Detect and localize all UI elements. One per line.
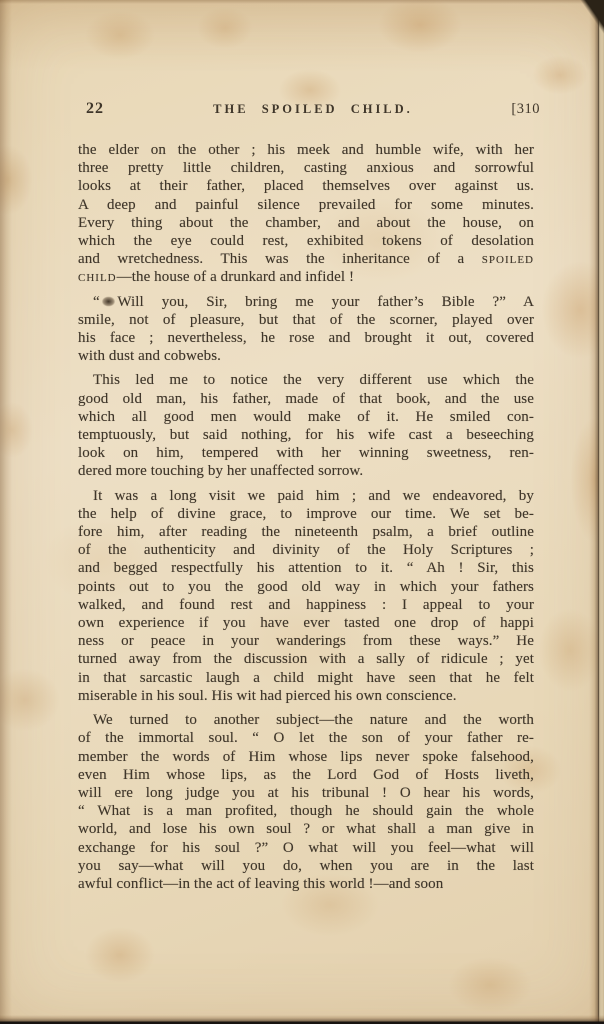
book-page-scan: 22 THE SPOILED CHILD. [310 the elder on … [0,0,604,1024]
text-line: “ Will you, Sir, bring me your father’s … [78,293,534,311]
ink-blot-stain [100,295,117,308]
text-line: Every thing about the chamber, and about… [78,214,534,232]
text-line: exchange for his soul ?” O what will you… [78,839,534,857]
top-right-corner-shadow [576,0,604,38]
text-line: miserable in his soul. His wit had pierc… [78,687,534,705]
text-line: This led me to notice the very different… [78,371,534,389]
text-line: temptuously, but said nothing, for his w… [78,426,534,444]
top-page-edge-shadow [0,0,604,4]
paragraph: the elder on the other ; his meek and hu… [78,141,534,287]
small-caps-text: child [78,269,117,285]
text-line: It was a long visit we paid him ; and we… [78,487,534,505]
text-line: world, and lose his own soul ? or what s… [78,820,534,838]
folio-number: [310 [511,101,540,118]
text-line: which all good men would make of it. He … [78,408,534,426]
text-line: you say—what will you do, when you are i… [78,857,534,875]
running-title: THE SPOILED CHILD. [86,102,540,117]
text-line: with dust and cobwebs. [78,347,534,365]
text-line: own experience if you have ever tasted o… [78,614,534,632]
text-line: fore him, after reading the nineteenth p… [78,523,534,541]
text-line: walked, and found rest and happiness : I… [78,596,534,614]
text-line: the help of divine grace, to improve our… [78,505,534,523]
text-line: good old man, his father, made of that b… [78,390,534,408]
text-line: “ What is a man profited, though he shou… [78,802,534,820]
text-line: and wretchedness. This was the inheritan… [78,250,534,268]
paragraph: We turned to another subject—the nature … [78,711,534,893]
page-header: 22 THE SPOILED CHILD. [310 [86,99,540,121]
text-line: in that sarcastic laugh a child might ha… [78,669,534,687]
left-page-edge-shadow [0,0,12,1024]
bottom-page-edge [0,1015,604,1024]
text-line: member the words of Him whose lips never… [78,748,534,766]
paragraph: This led me to notice the very different… [78,371,534,480]
text-line: of the immortal soul. “ O let the son of… [78,729,534,747]
text-line: child—the house of a drunkard and infide… [78,268,534,286]
text-line: awful conflict—in the act of leaving thi… [78,875,534,893]
text-line: smile, not of pleasure, but that of the … [78,311,534,329]
text-line: three pretty little children, casting an… [78,159,534,177]
text-line: ness or peace in your wanderings from th… [78,632,534,650]
paragraph: “ Will you, Sir, bring me your father’s … [78,293,534,366]
text-line: points out to you the good old way in wh… [78,578,534,596]
text-segment: and wretchedness. This was the inheritan… [78,251,482,267]
right-page-edge [589,0,604,1024]
text-line: and begged respectfully his attention to… [78,559,534,577]
text-line: the elder on the other ; his meek and hu… [78,141,534,159]
body-text: the elder on the other ; his meek and hu… [78,141,534,893]
text-line: will ere long judge you at his tribunal … [78,784,534,802]
text-line: look on him, tempered with her winning s… [78,444,534,462]
text-line: turned away from the discussion with a s… [78,650,534,668]
text-line: looks at their father, placed themselves… [78,177,534,195]
small-caps-text: spoiled [482,251,534,267]
text-line: dered more touching by her unaffected so… [78,462,534,480]
text-segment: —the house of a drunkard and infidel ! [117,269,354,285]
text-line: even Him whose lips, as the Lord God of … [78,766,534,784]
paragraph: It was a long visit we paid him ; and we… [78,487,534,705]
text-line: We turned to another subject—the nature … [78,711,534,729]
text-line: A deep and painful silence prevailed for… [78,196,534,214]
text-line: his face ; nevertheless, he rose and bro… [78,329,534,347]
text-line: of the authenticity and divinity of the … [78,541,534,559]
text-line: which the eye could rest, exhibited toke… [78,232,534,250]
